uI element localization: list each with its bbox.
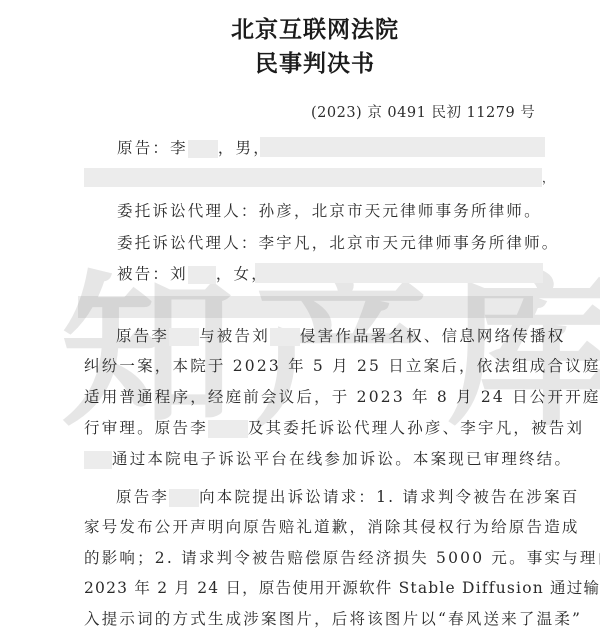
- redacted-defendant-info: [255, 263, 543, 283]
- para2-line3: 的影响；2. 请求判令被告赔偿原告经济损失 5000 元。事实与理由：: [84, 548, 600, 568]
- defendant-prefix: 被告：刘: [117, 265, 188, 283]
- para1-line2: 纠纷一案，本院于 2023 年 5 月 25 日立案后，依法组成合议庭，: [84, 356, 600, 376]
- document-type: 民事判决书: [0, 45, 600, 78]
- judgment-page: 知产库 北京互联网法院 民事判决书 (2023) 京 0491 民初 11279…: [0, 0, 600, 644]
- agent-1: 委托诉讼代理人：孙彦，北京市天元律师事务所律师。: [117, 201, 542, 221]
- para1-line3: 适用普通程序，经庭前会议后，于 2023 年 8 月 24 日公开开庭进: [84, 387, 600, 407]
- watermark: 知产库: [60, 270, 600, 436]
- para2-line2: 家号发布公开声明向原告赔礼道歉，消除其侵权行为给原告造成: [84, 517, 580, 537]
- plaintiff-line: 原告：李，男，: [117, 138, 271, 158]
- redacted-name: [169, 328, 199, 346]
- court-name: 北京互联网法院: [0, 11, 600, 44]
- plaintiff-line2-end: ，: [542, 168, 556, 188]
- plaintiff-prefix: 原告：李: [117, 139, 188, 157]
- para1-text: 通过本院电子诉讼平台在线参加诉讼。本案现已审理终结。: [112, 450, 572, 468]
- para1-text: 行审理。原告李: [84, 419, 208, 437]
- case-number: (2023) 京 0491 民初 11279 号: [311, 101, 535, 122]
- redacted-name: [188, 140, 218, 158]
- watermark-bar: [78, 296, 533, 318]
- redacted-name: [188, 266, 216, 284]
- para2-line4: 2023 年 2 月 24 日，原告使用开源软件 Stable Diffusio…: [84, 578, 600, 598]
- defendant-line: 被告：刘，女，: [117, 264, 269, 284]
- para1-line4: 行审理。原告李及其委托诉讼代理人孙彦、李宇凡，被告刘: [84, 418, 584, 438]
- redacted-plaintiff-info: [260, 137, 545, 157]
- para2-line1: 原告李向本院提出诉讼请求：1. 请求判令被告在涉案百: [116, 487, 579, 507]
- para2-text: 向本院提出诉讼请求：1. 请求判令被告在涉案百: [199, 488, 579, 506]
- para1-line5: 通过本院电子诉讼平台在线参加诉讼。本案现已审理终结。: [84, 449, 572, 469]
- para1-text: 与被告刘: [199, 327, 270, 345]
- para1-text: 及其委托诉讼代理人孙彦、李宇凡，被告刘: [248, 419, 584, 437]
- agent-2: 委托诉讼代理人：李宇凡，北京市天元律师事务所律师。: [117, 233, 560, 253]
- redacted-name: [270, 328, 300, 346]
- para1-text: 侵害作品署名权、信息网络传播权: [300, 327, 566, 345]
- redacted-plaintiff-address: [84, 168, 542, 187]
- para2-text: 原告李: [116, 488, 169, 506]
- redacted-name: [169, 489, 199, 507]
- para1-line1: 原告李与被告刘侵害作品署名权、信息网络传播权: [116, 326, 565, 346]
- redacted-name: [208, 420, 248, 438]
- para2-line5: 入提示词的方式生成涉案图片，后将该图片以“春风送来了温柔”: [84, 609, 582, 629]
- para1-text: 原告李: [116, 327, 169, 345]
- redacted-name: [84, 451, 112, 469]
